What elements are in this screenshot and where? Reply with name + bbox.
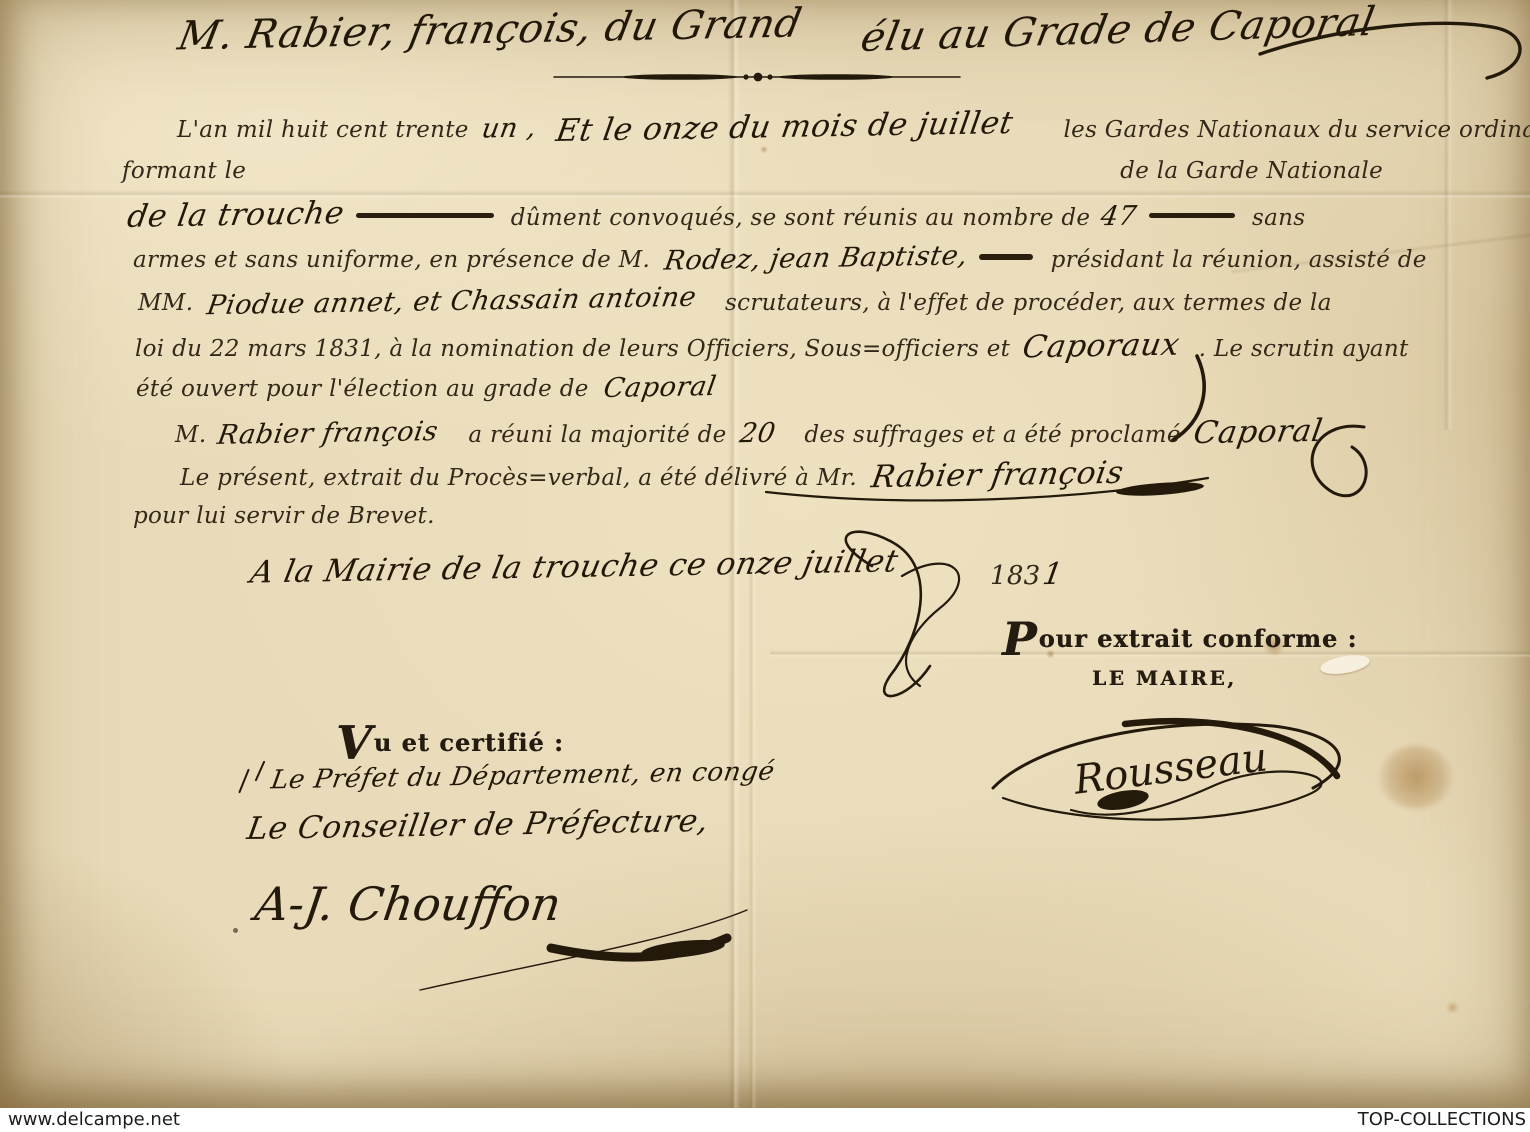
title-name-handwritten: M. Rabier, françois, du Grand	[175, 4, 805, 57]
pen-stroke	[238, 769, 250, 794]
pen-stroke	[255, 761, 266, 782]
l1-handwritten-un: un ,	[480, 115, 539, 143]
l8-handwritten-name: Rabier françois	[215, 418, 440, 449]
prefecture-signature: A-J. Chouffon	[255, 852, 765, 1002]
l4-printed-end: présidant la réunion, assisté de	[1051, 247, 1427, 273]
body-line-8: M. Rabier françois a réuni la majorité d…	[175, 417, 1322, 448]
body-line-2-right: de la Garde Nationale	[1120, 160, 1383, 183]
body-line-5: MM. Piodue annet, et Chassain antoine sc…	[138, 288, 1332, 315]
l6-printed-start: loi du 22 mars 1831, à la nomination de …	[135, 336, 1010, 362]
top-collections-watermark: TOP-COLLECTIONS	[1358, 1109, 1526, 1130]
body-line-3: de la trouche dûment convoqués, se sont …	[128, 200, 1305, 231]
vertical-fold-crease-lower	[748, 560, 757, 1110]
ink-speck	[233, 928, 238, 933]
pen-dash	[1149, 213, 1235, 218]
pen-dash	[979, 254, 1033, 260]
dateline-handwritten: A la Mairie de la trouche ce onze juille…	[248, 546, 901, 588]
l9-handwritten-name: Rabier françois	[869, 458, 1126, 493]
mayor-signature: Rousseau	[975, 692, 1375, 847]
l5-printed-mm: MM.	[138, 290, 193, 316]
l5-printed-end: scrutateurs, à l'effet de procéder, aux …	[725, 290, 1332, 316]
body-line-1: L'an mil huit cent trente un , Et le onz…	[135, 112, 1530, 143]
title-grade-handwritten: élu au Grade de Caporal	[858, 2, 1378, 58]
gothic-initial-v: V	[336, 716, 373, 770]
heading-rest: u et certifié :	[374, 728, 564, 757]
l4-handwritten-president: Rodez, jean Baptiste,	[663, 242, 970, 274]
l3-printed-end: sans	[1252, 205, 1305, 231]
le-maire-label: LE MAIRE,	[1092, 668, 1237, 688]
l8-printed-majority: a réuni la majorité de	[468, 422, 726, 448]
body-line-6: loi du 22 mars 1831, à la nomination de …	[135, 331, 1409, 362]
vu-et-certifie-heading: Vu et certifié :	[336, 720, 564, 766]
year-handwritten-1: 1	[1040, 560, 1065, 590]
l4-printed-start: armes et sans uniforme, en présence de M…	[133, 247, 650, 273]
l3-handwritten-number: 47	[1099, 203, 1139, 231]
pour-extrait-conforme-heading: Pour extrait conforme :	[1002, 616, 1357, 662]
year-1831: 1831	[990, 560, 1062, 590]
title-line: M. Rabier, françois, du Grand élu au Gra…	[180, 10, 1373, 50]
heading-rest: our extrait conforme :	[1039, 624, 1358, 653]
l8-printed-proclaimed: des suffrages et a été proclamé	[804, 422, 1180, 448]
l7-handwritten-grade: Caporal	[601, 373, 718, 402]
body-line-9: Le présent, extrait du Procès=verbal, a …	[180, 460, 1123, 491]
l1-handwritten-date: Et le onze du mois de juillet	[554, 108, 1015, 147]
year-printed-183: 183	[990, 561, 1041, 591]
prefet-handwritten: Le Préfet du Département, en congé	[269, 759, 776, 794]
l2-printed-end: de la Garde Nationale	[1120, 158, 1383, 184]
l7-printed-start: été ouvert pour l'élection au grade de	[136, 376, 589, 402]
body-line-2-left: formant le	[122, 160, 246, 183]
watermark-strip: www.delcampe.net TOP-COLLECTIONS	[0, 1108, 1530, 1132]
l10-printed-brevet: pour lui servir de Brevet.	[133, 503, 435, 529]
l2-printed-start: formant le	[122, 158, 246, 184]
gothic-initial-p: P	[1002, 612, 1038, 666]
prefecture-signature-name: A-J. Chouffon	[248, 877, 564, 931]
l6-handwritten-caporaux: Caporaux	[1021, 330, 1183, 364]
conseiller-handwritten: Le Conseiller de Préfecture,	[245, 806, 711, 845]
paper-sheet: M. Rabier, françois, du Grand élu au Gra…	[0, 0, 1530, 1110]
scanned-document: M. Rabier, françois, du Grand élu au Gra…	[0, 0, 1530, 1132]
fox-spot	[760, 146, 768, 153]
l8-handwritten-grade: Caporal	[1191, 416, 1324, 449]
l8-handwritten-votes: 20	[738, 420, 778, 448]
delcampe-watermark: www.delcampe.net	[8, 1109, 180, 1130]
mayor-signature-name: Rousseau	[1070, 734, 1269, 803]
large-brown-stain	[1378, 745, 1454, 809]
l5-handwritten-scrutineers: Piodue annet, et Chassain antoine	[206, 284, 699, 320]
body-line-4: armes et sans uniforme, en présence de M…	[133, 245, 1427, 272]
l6-printed-end: . Le scrutin ayant	[1199, 336, 1409, 362]
l3-handwritten-place: de la trouche	[125, 198, 346, 233]
conseiller-line: Le Conseiller de Préfecture,	[248, 810, 708, 841]
body-line-7: été ouvert pour l'élection au grade de C…	[136, 374, 716, 401]
fox-spot	[1446, 1002, 1459, 1013]
l3-printed-middle: dûment convoqués, se sont réunis au nomb…	[511, 205, 1091, 231]
divider-ornament	[552, 70, 962, 84]
date-line: A la Mairie de la trouche ce onze juille…	[252, 552, 897, 583]
l9-printed-start: Le présent, extrait du Procès=verbal, a …	[180, 465, 857, 491]
l1-printed-start: L'an mil huit cent trente	[177, 117, 469, 143]
vertical-crease-right	[1443, 0, 1453, 430]
l8-printed-m: M.	[175, 422, 206, 448]
pen-dash	[356, 213, 494, 218]
prefet-line: Le Préfet du Département, en congé	[272, 763, 774, 789]
l1-printed-end: les Gardes Nationaux du service ordinair…	[1064, 117, 1530, 143]
body-line-10: pour lui servir de Brevet.	[133, 505, 435, 528]
